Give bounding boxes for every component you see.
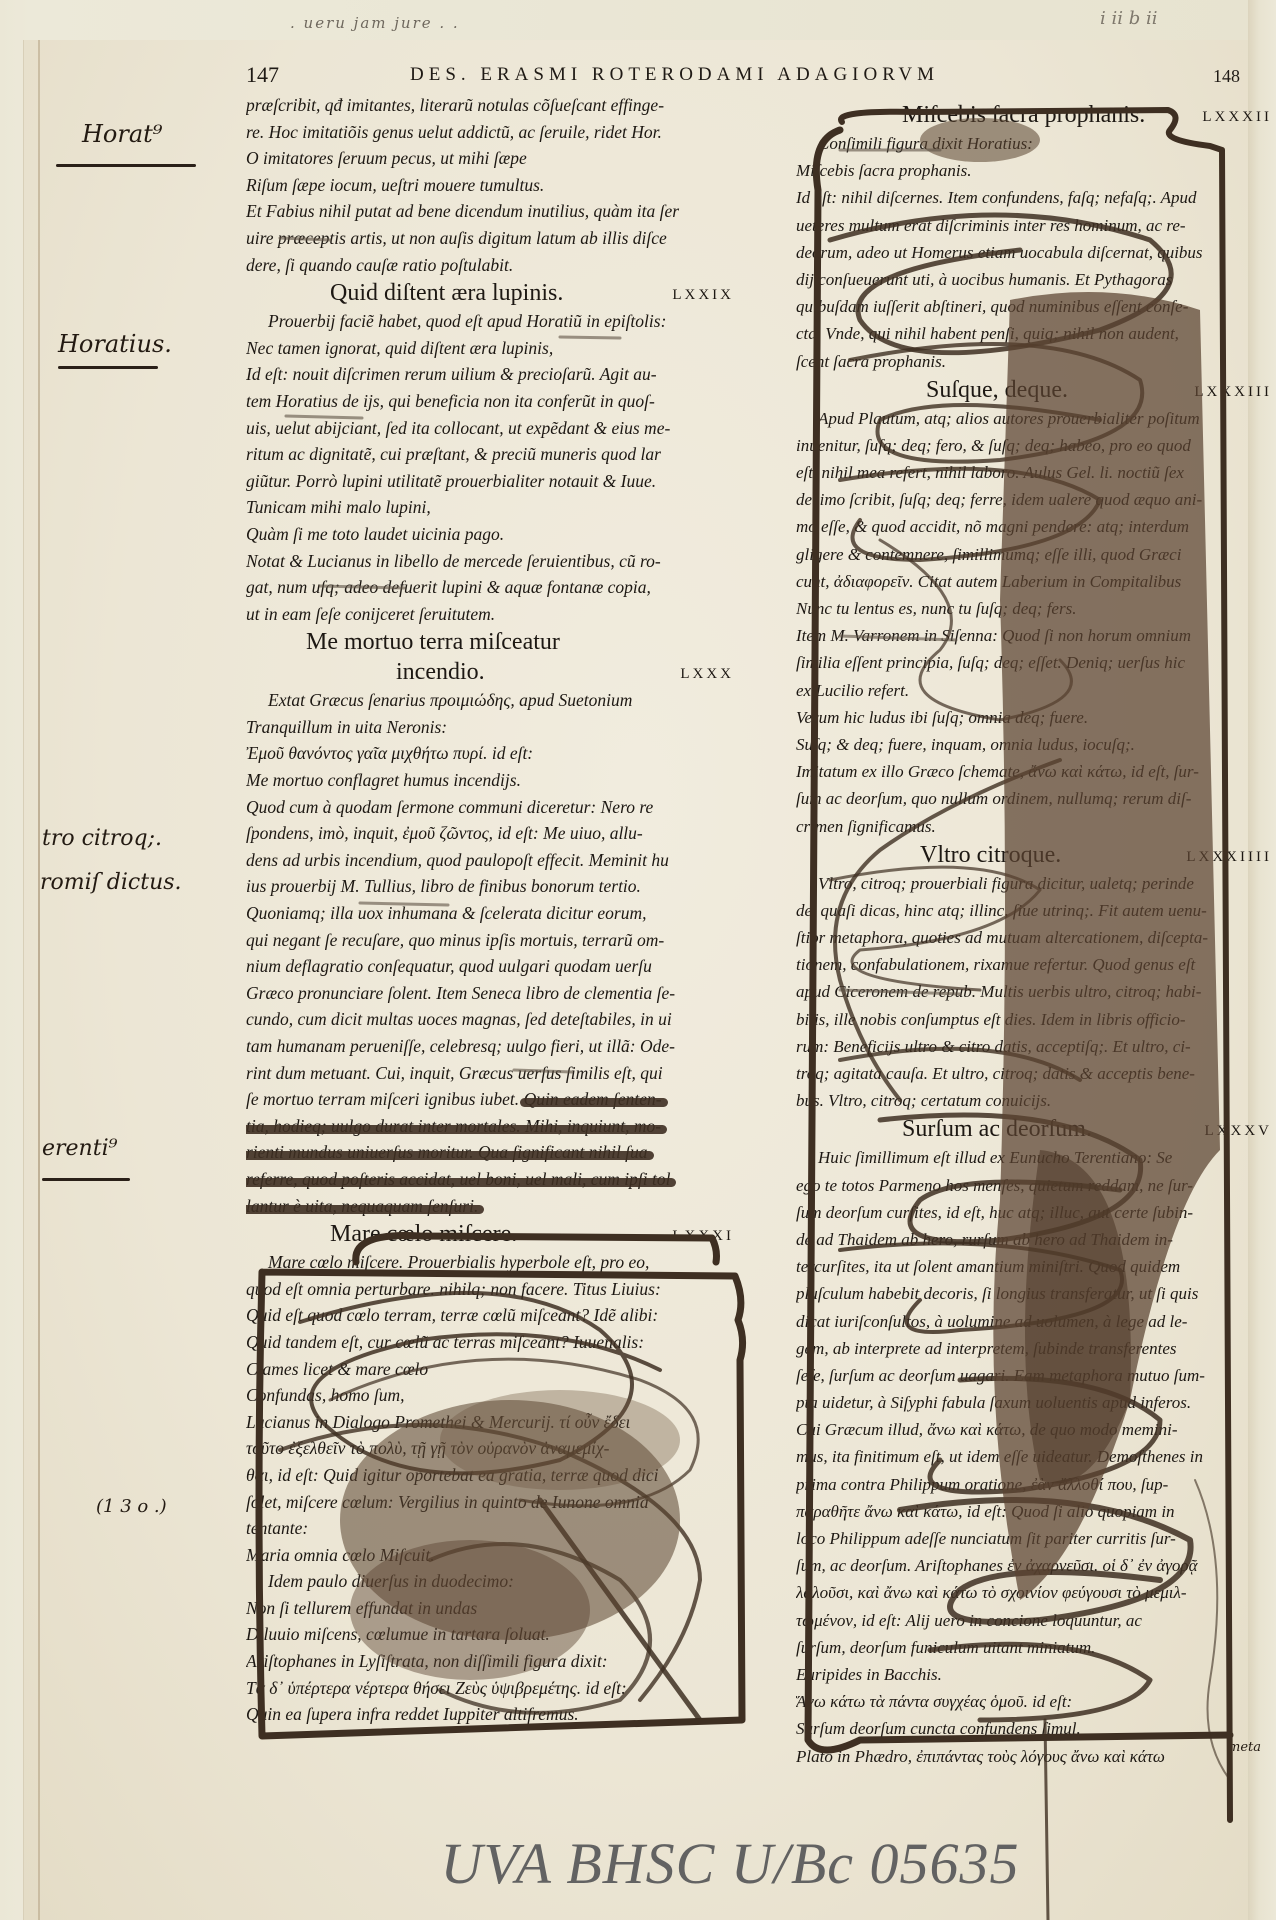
greek-line: τοῦτο ἐξελθεῖν τὸ πολὺ, τῇ γῇ τὸν οὐρανὸ… [246, 1435, 734, 1462]
text-line: Id eſt: nihil diſcernes. Item confundens… [796, 184, 1246, 211]
adage-title: Miſcebis ſacra prophanis. [902, 100, 1145, 130]
marginal-underline [42, 1178, 130, 1181]
verse-line: Confundas, homo ſum, [246, 1382, 734, 1409]
marginal-underline [56, 164, 196, 167]
text-line: ego te totos Parmeno hos menſes, quietum… [796, 1172, 1246, 1199]
text-line: deorum, adeo ut Homerus etiam uocabula d… [796, 239, 1246, 266]
adage-title: Suſque, deque. [926, 375, 1068, 405]
verse-line: Non ſi tellurem effundat in undas [246, 1595, 734, 1622]
text-line: ius prouerbij M. Tullius, libro de finib… [246, 873, 734, 900]
text-line: dij conſueuerunt uti, à uocibus humanis.… [796, 266, 1246, 293]
text-line: mo eſſe, & quod accidit, nõ magni pender… [796, 513, 1246, 540]
adage-heading-81: Mare cœlo miſcere. LXXXI [246, 1219, 734, 1249]
verse-line: Maria omnia cœlo Miſcuit. [246, 1542, 734, 1569]
adage-heading-85: Surſum ac deorſum. LXXXV [796, 1114, 1246, 1144]
text-line: de ad Thaidem ab hero, rurſum ab hero ad… [796, 1226, 1246, 1253]
verse-line: Quàm ſi me toto laudet uicinia pago. [246, 521, 734, 548]
text-line: cunt, ἀδιαφορεῖν. Citat autem Laberium i… [796, 568, 1246, 595]
marginal-note-ultro-citroque: tro citroq;. [42, 826, 162, 851]
adage-number: LXXIX [672, 280, 734, 310]
text-line: Quoniamq; illa uox inhumana & ſcelerata … [246, 900, 734, 927]
text-line: Lucianus in Dialogo Promethei & Mercurij… [246, 1409, 734, 1436]
greek-line: λαλοῦσι, καὶ ἄνω καὶ κάτω τὸ σχοινίον φε… [796, 1579, 1246, 1606]
struck-line: referre, quod poſteris accidat, uel boni… [246, 1166, 734, 1193]
struck-text: rienti mundus uniuerſus moritur. Qua ſig… [246, 1142, 648, 1162]
page-edge-right [1248, 0, 1276, 1920]
greek-line: Τὰ δ᾽ ὑπέρτερα νέρτερα θήσει Ζεὺς ὑψιβρε… [246, 1675, 734, 1702]
text-line: tam humanam perueniſſe, celebresq; uulgo… [246, 1033, 734, 1060]
adage-heading-80-line2: incendio. LXXX [246, 657, 734, 687]
left-column: præſcribit, qđ imitantes, literarũ notul… [246, 92, 734, 1728]
text-line: Me mortuo conflagret humus incendijs. [246, 767, 734, 794]
adage-number: LXXXI [672, 1221, 734, 1251]
marginal-note-dictus: romiſ dictus. [40, 870, 182, 895]
adage-heading-79: Quid diſtent æra lupinis. LXXIX [246, 278, 734, 308]
text-line: tercurſites, ita ut ſolent amantium mini… [796, 1253, 1246, 1280]
text-line: prima contra Philippum oratione, ἐὰν ἄλλ… [796, 1471, 1246, 1498]
text-line: ut in eam ſeſe conijceret ſeruitutem. [246, 601, 734, 628]
text-line: bitis, ille nobis conſumptus eſt dies. I… [796, 1006, 1246, 1033]
text-line: Tranquillum in uita Neronis: [246, 714, 734, 741]
text-line: cundo, cum dicit multas uoces magnas, ſe… [246, 1006, 734, 1033]
text-line: Notat & Lucianus in libello de mercede ſ… [246, 548, 734, 575]
text-line: mus, ita finitimum eſt, ut idem eſſe uid… [796, 1443, 1246, 1470]
text-line: Huic ſimillimum eſt illud ex Eunucho Ter… [796, 1144, 1246, 1171]
adage-title: Me mortuo terra miſceatur [306, 627, 560, 657]
text-line: Ariſtophanes in Lyſiſtrata, non diſſimil… [246, 1648, 734, 1675]
verse-line: Nec tamen ignorat, quid diſtent æra lupi… [246, 335, 734, 362]
text-line: Plato in Phædro, ἐπιπάντας τοὺς λόγους ἄ… [796, 1743, 1246, 1770]
running-head: 147 DES. ERASMI ROTERODAMI ADAGIORVM 148 [246, 62, 1236, 88]
text-line: ſurſum, deorſum funiculum uitant miniatu… [796, 1634, 1246, 1661]
struck-text: Quin eadem ſenten- [524, 1089, 662, 1109]
text-line: gem, ab interprete ad interpretem, ſubin… [796, 1335, 1246, 1362]
greek-line: Ἐμοῦ θανόντος γαῖα μιχθήτω πυρί. id eſt: [246, 740, 734, 767]
text-line: pta uidetur, à Siſyphi fabula ſaxum uolu… [796, 1389, 1246, 1416]
shelfmark: UVA BHSC U/Bc 05635 [350, 1830, 1110, 1897]
verse-line: Riſum ſæpe iocum, ueſtri mouere tumultus… [246, 172, 734, 199]
text-line: tentante: [246, 1515, 734, 1542]
greek-line: παραθῆτε ἄνω καὶ κάτω, id eſt: Quod ſi a… [796, 1498, 1246, 1525]
text-line: apud Ciceronem de repub. Multis uerbis u… [796, 978, 1246, 1005]
adage-title: Surſum ac deorſum. [902, 1114, 1092, 1144]
text-line: ex Lucilio refert. [796, 677, 1246, 704]
show-through-text-right: i ii b ii [1100, 8, 1157, 29]
adage-heading-84: Vltro citroque. LXXXIIII [796, 840, 1246, 870]
adage-title: Vltro citroque. [920, 840, 1061, 870]
text-line: quod eſt omnia perturbare. nihilq; non f… [246, 1276, 734, 1303]
marginal-note-terentius: erenti⁹ [42, 1136, 117, 1161]
text-line: Quod cum à quodam ſermone communi dicere… [246, 794, 734, 821]
adage-heading-80: Me mortuo terra miſceatur [246, 627, 734, 657]
text-line: Græco pronunciare ſolent. Item Seneca li… [246, 980, 734, 1007]
text-line: ſtior metaphora, quoties ad mutuam alter… [796, 924, 1246, 951]
text-line: troq; agitata cauſa. Et ultro, citroq; d… [796, 1060, 1246, 1087]
text-line: crimen ſignificamus. [796, 813, 1246, 840]
text-line: cta. Vnde, qui nihil habent penſi, quiq;… [796, 320, 1246, 347]
text-line: Extat Græcus ſenarius προιμιώδης, apud S… [246, 687, 734, 714]
text-line: nium deflagratio conſequatur, quod uulga… [246, 953, 734, 980]
text-line: Conſimili figura dixit Horatius: [796, 130, 1246, 157]
right-column: Miſcebis ſacra prophanis. LXXXII Conſimi… [796, 100, 1246, 1770]
text-line: ſum ac deorſum, quo nullum ordinem, null… [796, 785, 1246, 812]
text-line: quibuſdam iuſſerit abſtineri, quod numin… [796, 293, 1246, 320]
adage-title: Quid diſtent æra lupinis. [330, 278, 563, 308]
text-line: Euripides in Bacchis. [796, 1661, 1246, 1688]
text-line: τωμένον, id eſt: Alij uero in concione l… [796, 1607, 1246, 1634]
text-line: ſolet, miſcere cœlum: Vergilius in quint… [246, 1489, 734, 1516]
text-line: ſe mortuo terram miſceri ignibus iubet. … [246, 1086, 734, 1113]
marginal-note-horatius-1: Horat⁹ [82, 120, 162, 148]
struck-text: tia, hodieq; uulgo durat inter mortales.… [246, 1116, 661, 1136]
text-line: Quid eſt quod cœlo terram, terræ cœlũ mi… [246, 1302, 734, 1329]
adage-heading-83: Suſque, deque. LXXXIII [796, 375, 1246, 405]
text-line: rint dum metuant. Cui, inquit, Græcus ue… [246, 1060, 734, 1087]
text-line: re. Hoc imitatiõis genus uelut addictũ, … [246, 119, 734, 146]
text-line: uire præceptis artis, ut non auſis digit… [246, 225, 734, 252]
adage-title: incendio. [396, 657, 485, 687]
text-line: θαι, id eſt: Quid igitur oportebat ea gr… [246, 1462, 734, 1489]
text-segment: ſe mortuo terram miſceri ignibus iubet. [246, 1089, 519, 1109]
text-line: Apud Plautum, atq; alios autores prouerb… [796, 405, 1246, 432]
verse-line: Tunicam mihi malo lupini, [246, 494, 734, 521]
verse-line: O imitatores ſeruum pecus, ut mihi ſæpe [246, 145, 734, 172]
text-line: Id eſt: nouit diſcrimen rerum uilium & p… [246, 361, 734, 388]
show-through-text: . ueru jam jure . . [290, 14, 460, 32]
verse-line: Clames licet & mare cœlo [246, 1356, 734, 1383]
text-line: præſcribit, qđ imitantes, literarũ notul… [246, 92, 734, 119]
text-line: Item M. Varronem in Siſenna: Quod ſi non… [796, 622, 1246, 649]
text-line: giũtur. Porrò lupini utilitatẽ prouerbia… [246, 468, 734, 495]
text-line: eſt, nihil mea refert, nihil laboro. Aul… [796, 459, 1246, 486]
verse-line: Nunc tu lentus es, nunc tu ſuſq; deq; fe… [796, 595, 1246, 622]
text-line: qui negant ſe recuſare, quo minus ipſis … [246, 927, 734, 954]
marginal-underline [58, 366, 158, 369]
verse-line: Quin ea ſupera infra reddet Iuppiter alt… [246, 1701, 734, 1728]
text-line: Et Fabius nihil putat ad bene dicendum i… [246, 198, 734, 225]
struck-text: referre, quod poſteris accidat, uel boni… [246, 1169, 670, 1189]
text-line: tem Horatius de ijs, qui beneficia non i… [246, 388, 734, 415]
margin-note-meta: meta [1228, 1740, 1261, 1755]
struck-line: tia, hodieq; uulgo durat inter mortales.… [246, 1113, 734, 1140]
adage-number: LXXXIIII [1186, 842, 1272, 872]
text-line: ſum deorſum curſites, id eſt, huc atq; i… [796, 1199, 1246, 1226]
verse-line: Surſum deorſum cuncta confundens ſimul. [796, 1715, 1246, 1742]
text-line: inuenitur, ſuſq; deq; fero, & ſuſq; deq;… [796, 432, 1246, 459]
text-line: Idem paulo diuerſus in duodecimo: [246, 1568, 734, 1595]
text-line: dicat iuriſconſultos, à uolumine ad uolu… [796, 1308, 1246, 1335]
running-title: DES. ERASMI ROTERODAMI ADAGIORVM [410, 64, 939, 86]
gutter-line [38, 40, 40, 1920]
verse-line: Suſq; & deq; fuere, inquam, omnia ludus,… [796, 731, 1246, 758]
adage-number: LXXX [680, 659, 734, 689]
adage-number: LXXXIII [1194, 377, 1272, 407]
text-line: Cui Græcum illud, ἄνω καὶ κάτω, de quo m… [796, 1416, 1246, 1443]
folio-right: 148 [1213, 66, 1240, 87]
text-line: uis, uelut abijciant, ſed ita collocant,… [246, 415, 734, 442]
struck-text: lantur è uita, nequaquam ſenſuri. [246, 1196, 478, 1216]
text-line: gligere & contemnere, ſimillimumq; eſſe … [796, 541, 1246, 568]
struck-line: lantur è uita, nequaquam ſenſuri. [246, 1193, 734, 1220]
text-line: rum: Beneficijs ultro & citro datis, acc… [796, 1033, 1246, 1060]
text-line: Prouerbij faciẽ habet, quod eſt apud Hor… [246, 308, 734, 335]
greek-line: Ἄνω κάτω τὰ πάντα συγχέας ὁμοῦ. id eſt: [796, 1688, 1246, 1715]
text-line: dere, ſi quando cauſæ ratio poſtulabit. [246, 252, 734, 279]
text-line: dens ad urbis incendium, quod paulopoſt … [246, 847, 734, 874]
struck-line: rienti mundus uniuerſus moritur. Qua ſig… [246, 1139, 734, 1166]
text-line: ſum, ac deorſum. Ariſtophanes ἐν ἀχαρνεῦ… [796, 1552, 1246, 1579]
adage-title: Mare cœlo miſcere. [330, 1219, 517, 1249]
text-line: Imitatum ex illo Græco ſchemate, ἄνω καὶ… [796, 758, 1246, 785]
verse-line: Verum hic ludus ibi ſuſq; omnia deq; fue… [796, 704, 1246, 731]
text-line: pluſculum habebit decoris, ſi longius tr… [796, 1280, 1246, 1307]
folio-left: 147 [246, 62, 279, 88]
text-line: Quid tandem eſt, cur cœlũ ac terras miſc… [246, 1329, 734, 1356]
text-line: ſpondens, imò, inquit, ἐμοῦ ζῶντος, id e… [246, 820, 734, 847]
adage-number: LXXXV [1205, 1116, 1273, 1146]
text-line: ſeſe, ſurſum ac deorſum uagari. Eam meta… [796, 1362, 1246, 1389]
text-line: gat, num uſq; adeo defuerit lupini & aqu… [246, 574, 734, 601]
text-line: ſcent ſacra prophanis. [796, 348, 1246, 375]
verse-line: Diluuio miſcens, cœlumue in tartara ſolu… [246, 1621, 734, 1648]
adage-number: LXXXII [1202, 102, 1272, 132]
text-line: ueteres multum erat diſcriminis inter re… [796, 212, 1246, 239]
adage-heading-82: Miſcebis ſacra prophanis. LXXXII [796, 100, 1246, 130]
text-line: ritum ac dignitatẽ, cui præſtant, & prec… [246, 441, 734, 468]
marginal-note-number: (1 3 o .) [96, 1496, 167, 1517]
text-line: ſimilia eſſent principia, ſuſq; deq; eſſ… [796, 649, 1246, 676]
text-line: tionem, confabulationem, rixamue refertu… [796, 951, 1246, 978]
text-line: Vltro, citroq; prouerbiali figura dicitu… [796, 870, 1246, 897]
text-line: loco Philippum adeſſe nunciatum ſit pari… [796, 1525, 1246, 1552]
text-line: decimo ſcribit, ſuſq; deq; ferre, idem u… [796, 486, 1246, 513]
text-line: bus. Vltro, citroq; certatum conuicijs. [796, 1087, 1246, 1114]
verse-line: Miſcebis ſacra prophanis. [796, 157, 1246, 184]
text-line: de, quaſi dicas, hinc atq; illinc, ſiue … [796, 897, 1246, 924]
marginal-note-horatius-2: Horatius. [58, 330, 172, 358]
text-line: Mare cœlo miſcere. Prouerbialis hyperbol… [246, 1249, 734, 1276]
